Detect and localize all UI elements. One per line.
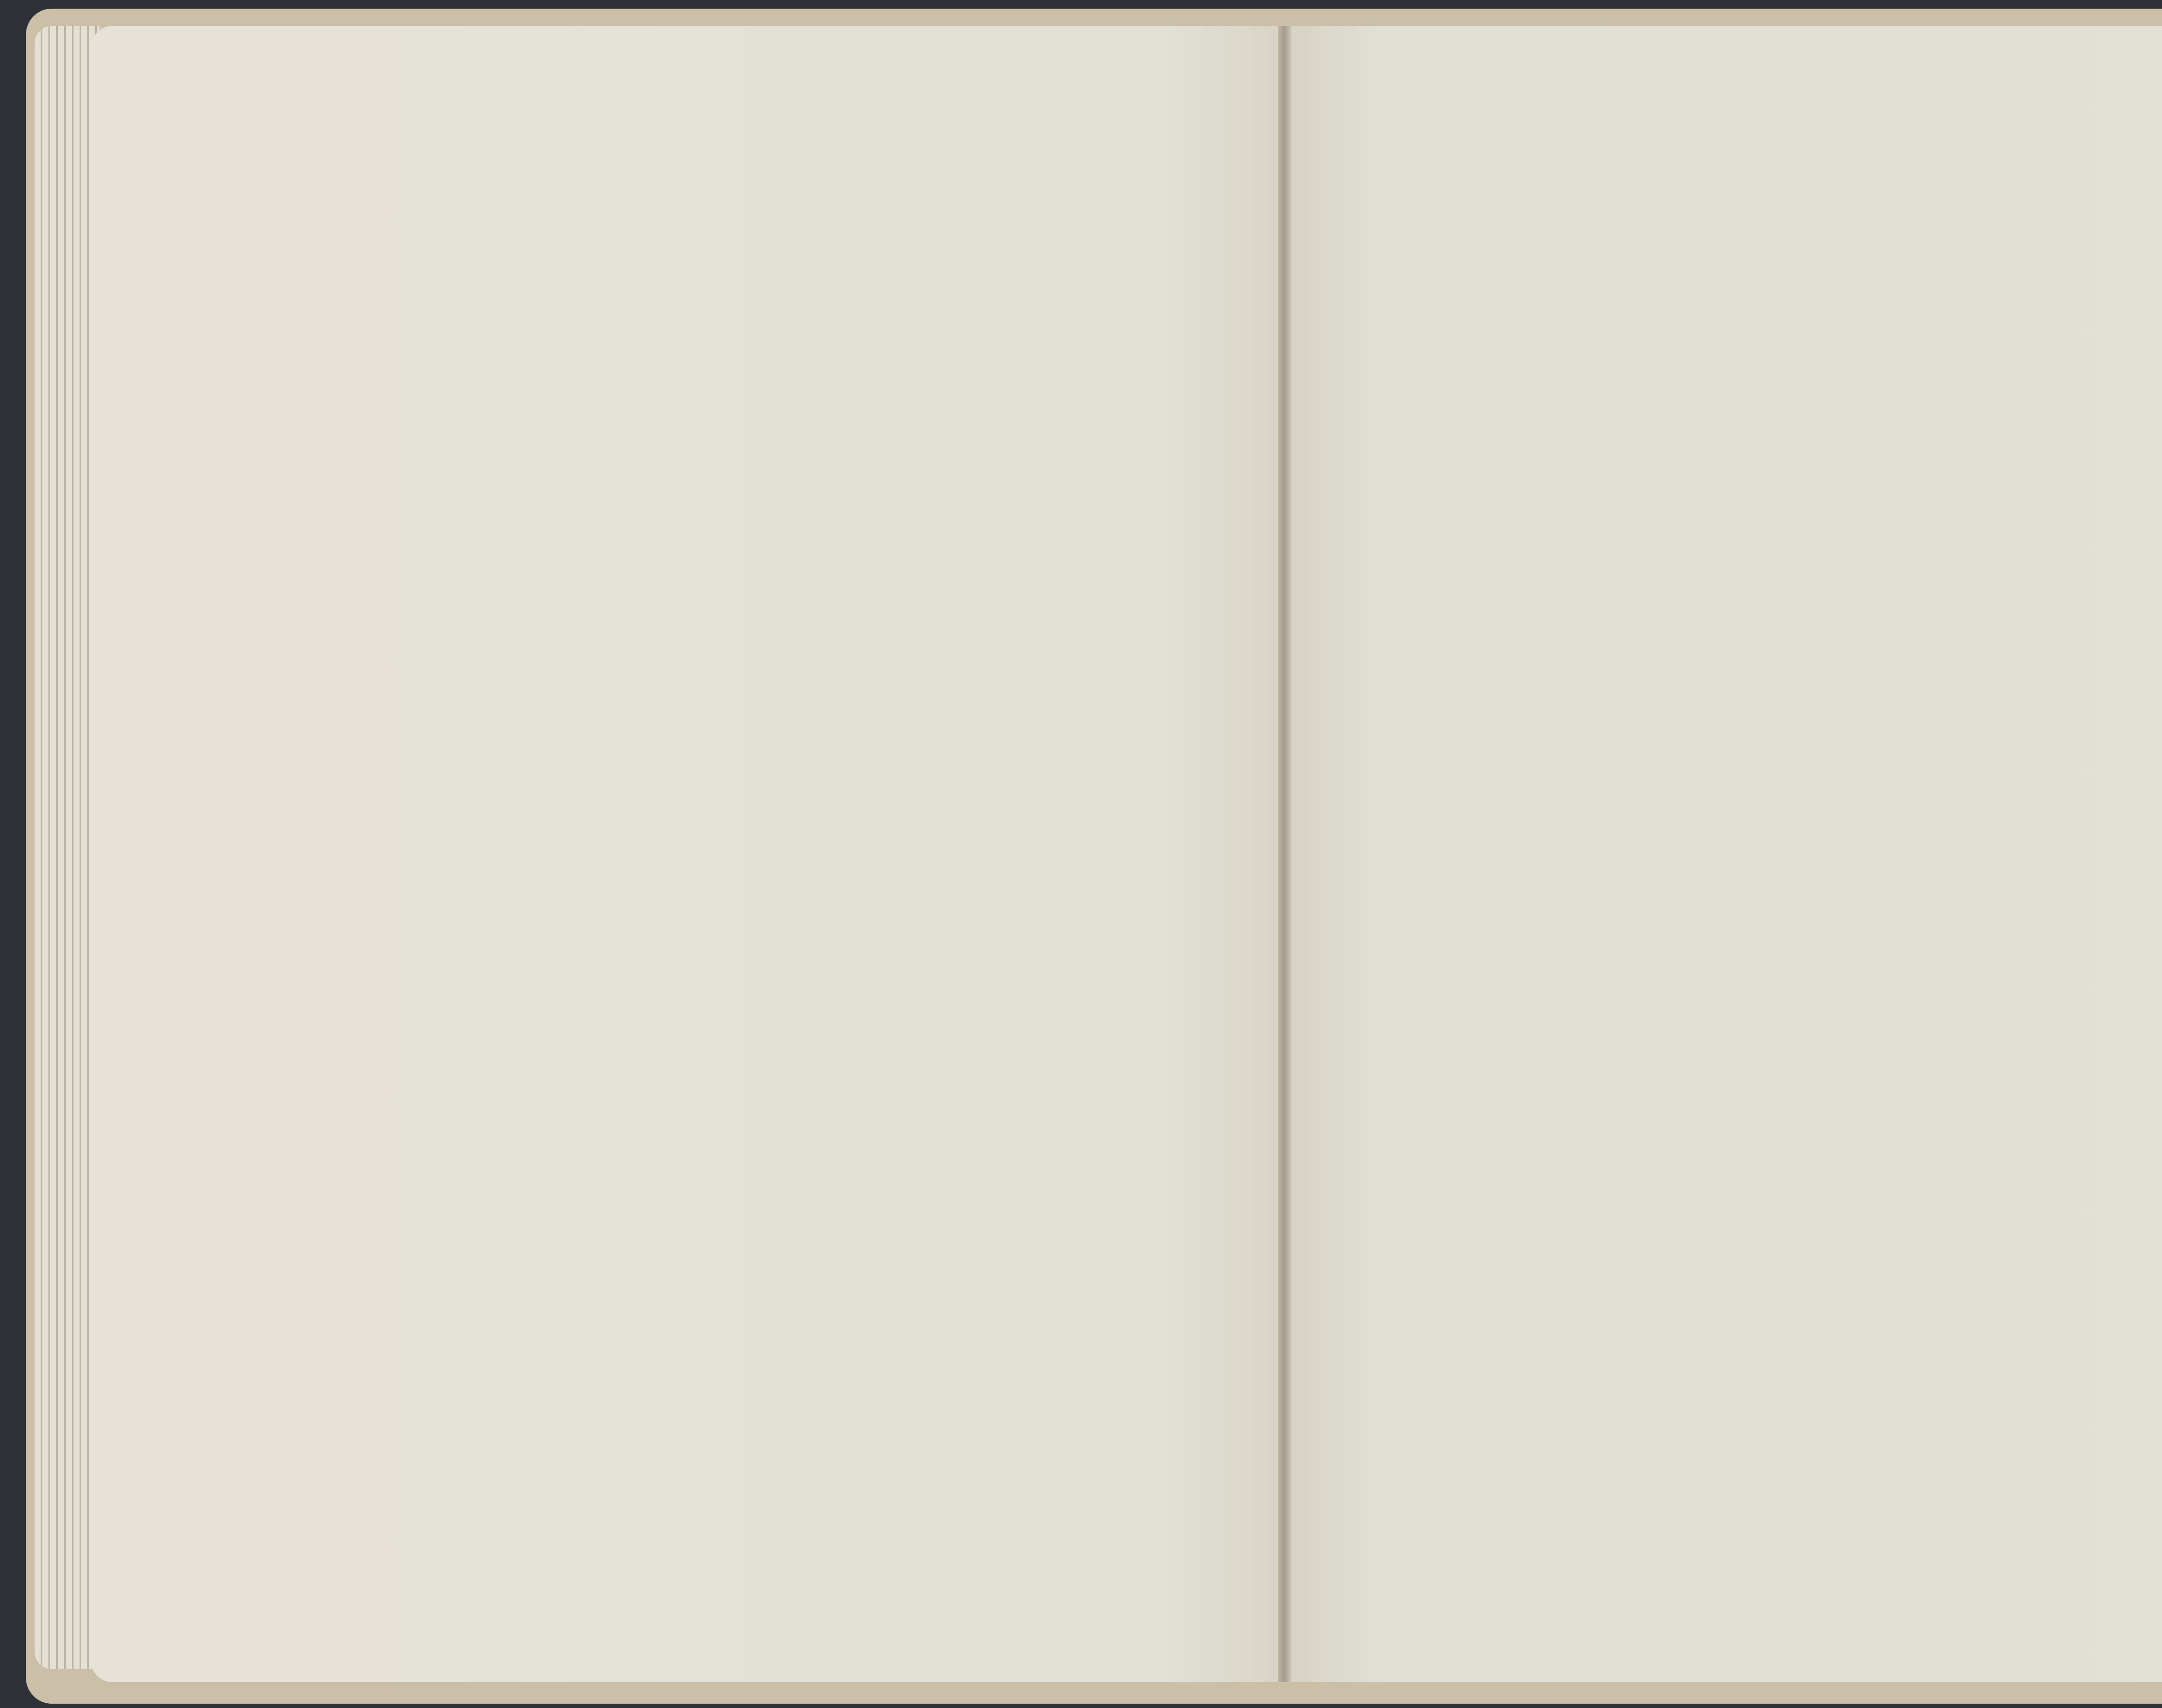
book-gutter [1278, 26, 1291, 1682]
page-stack-left [35, 26, 99, 1669]
left-page [91, 26, 1284, 1682]
right-page [1284, 26, 2162, 1682]
